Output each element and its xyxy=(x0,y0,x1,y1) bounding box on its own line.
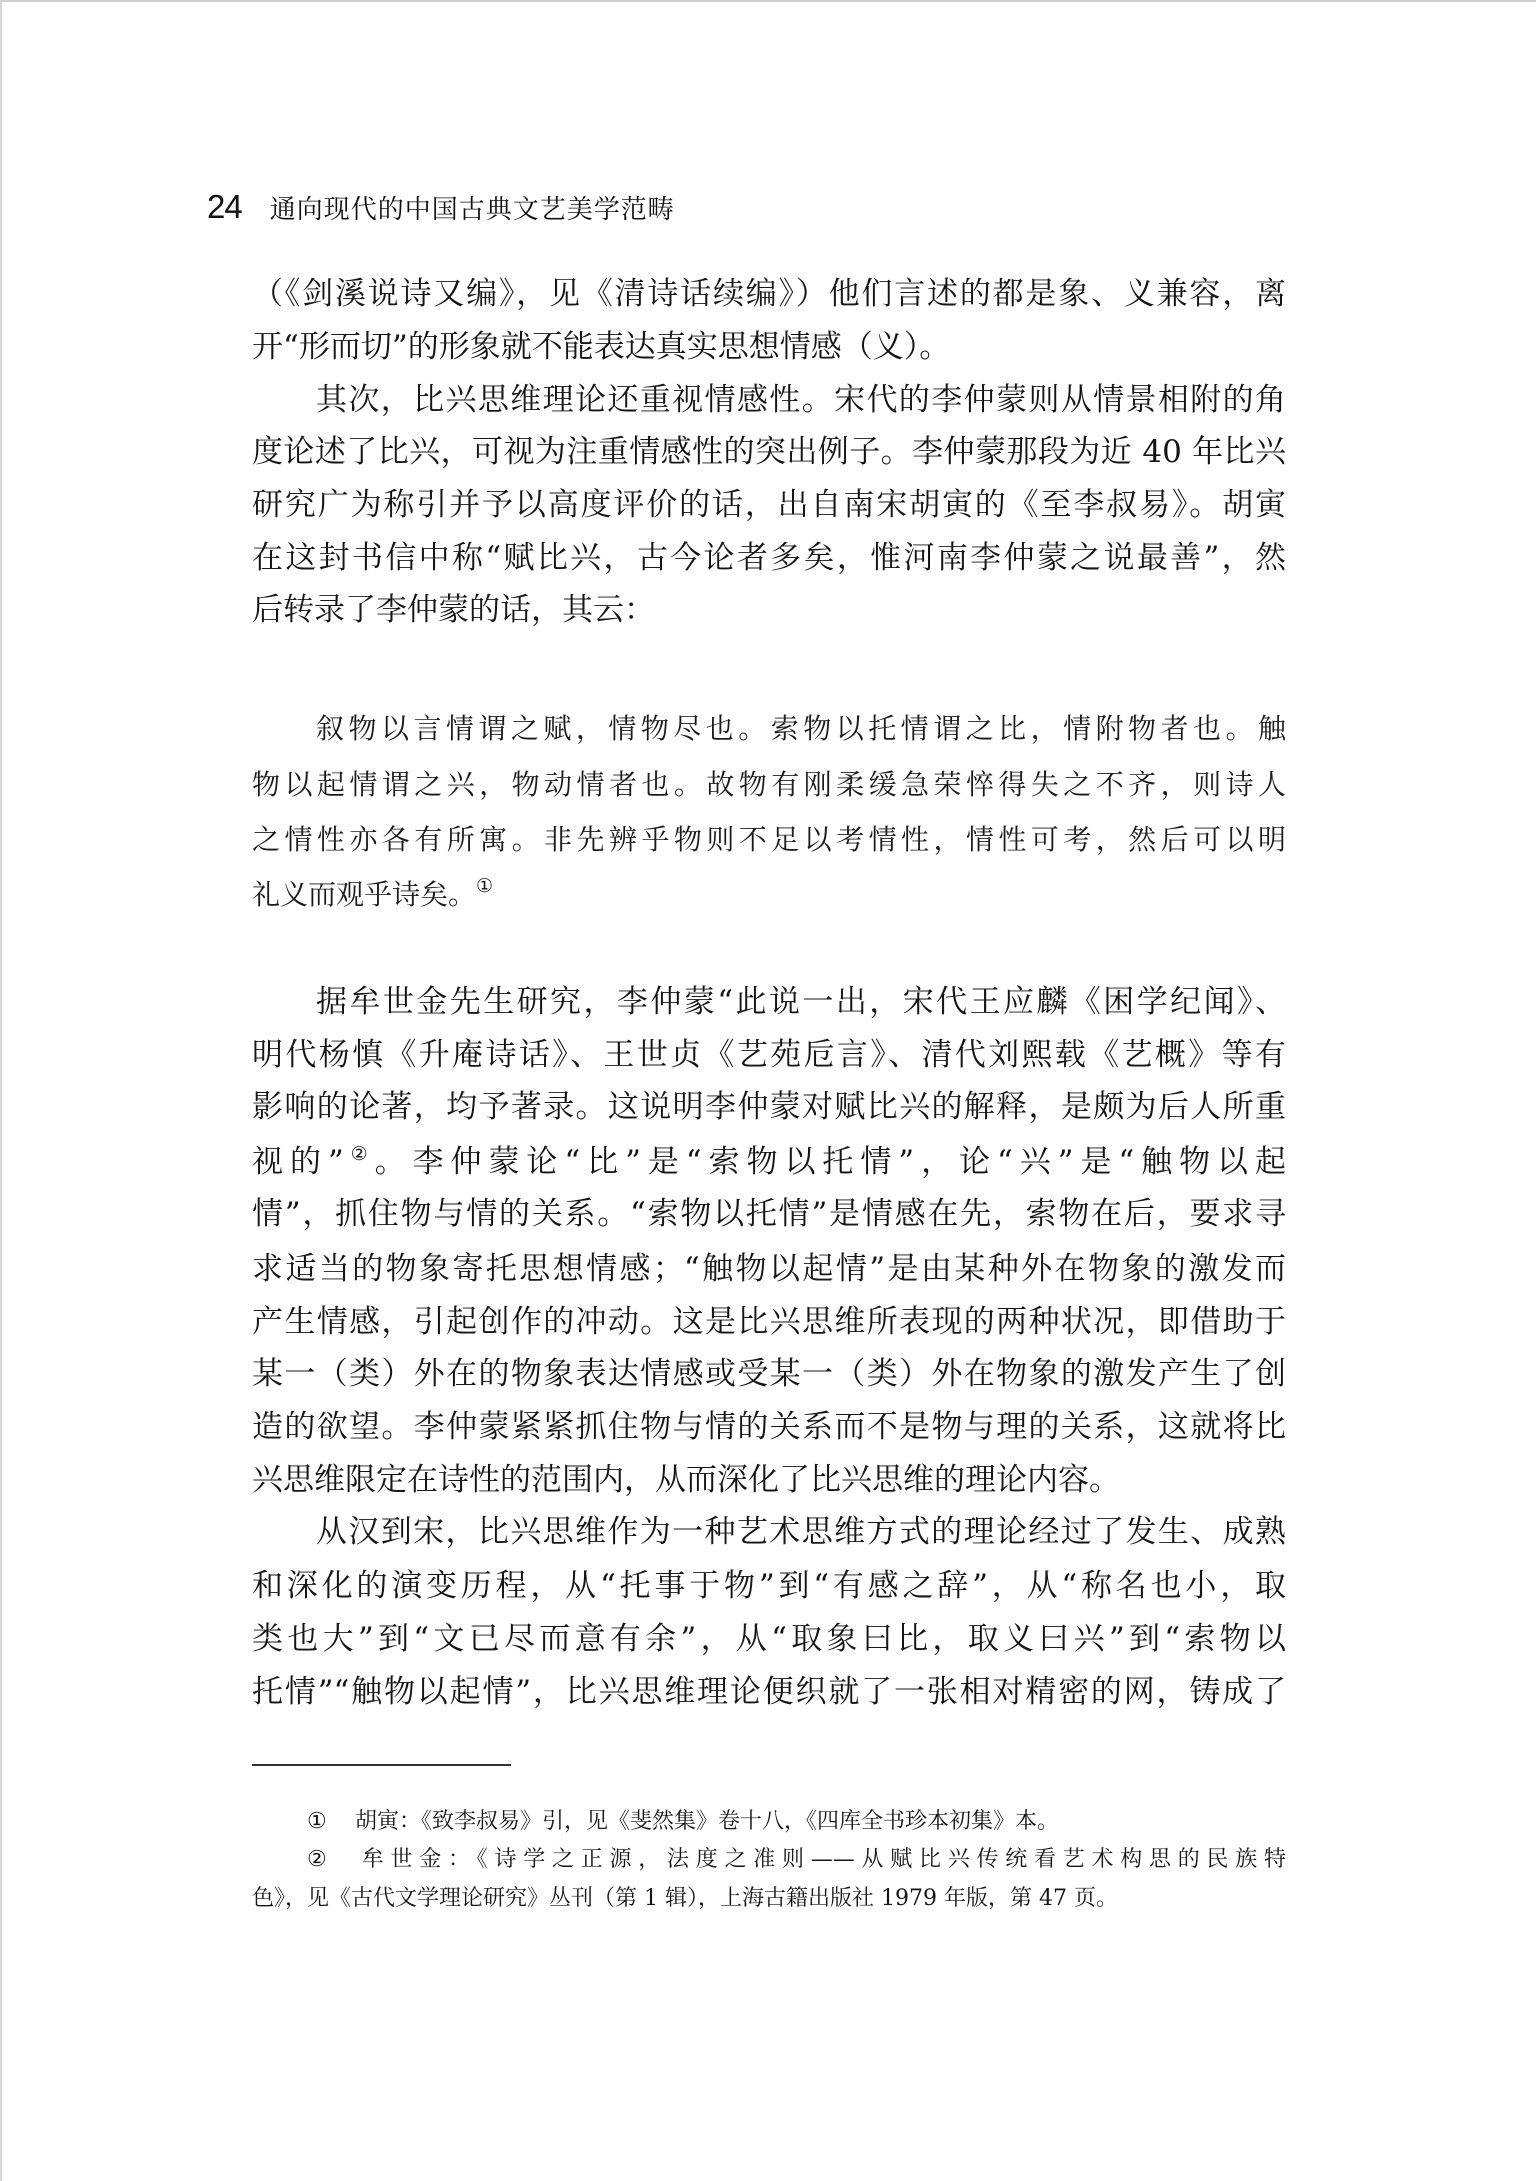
body-line: 其次，比兴思维理论还重视情感性。宋代的李仲蒙则从情景相附的角 xyxy=(252,380,1286,420)
quote-line: 叙物以言情谓之赋，情物尽也。索物以托情谓之比，情附物者也。触 xyxy=(252,709,1286,749)
footnote-divider xyxy=(252,1764,511,1766)
running-title: 通向现代的中国古典文艺美学范畴 xyxy=(270,189,675,226)
quote-line: 物以起情谓之兴，物动情者也。故物有刚柔缓急荣悴得失之不齐，则诗人 xyxy=(252,765,1286,805)
body-text: 视的” xyxy=(252,1144,344,1180)
footnote-2: ②牟世金：《诗学之正源，法度之准则——从赋比兴传统看艺术构思的民族特 xyxy=(252,1845,1286,1875)
body-line: 视的”②。李仲蒙论“比”是“索物以托情”，论“兴”是“触物以起 xyxy=(252,1142,1286,1182)
body-line: 造的欲望。李仲蒙紧紧抓住物与情的关系而不是物与理的关系，这就将比 xyxy=(252,1407,1286,1447)
book-page: 24 通向现代的中国古典文艺美学范畴 （《剑溪说诗又编》，见《清诗话续编》）他们… xyxy=(0,0,1536,2181)
body-line: 求适当的物象寄托思想情感；“触物以起情”是由某种外在物象的激发而 xyxy=(252,1249,1286,1289)
body-line: 类也大”到“文已尽而意有余”，从“取象曰比，取义曰兴”到“索物以 xyxy=(252,1619,1286,1659)
quote-line: 礼义而观乎诗矣。① xyxy=(252,875,1286,915)
body-line: 研究广为称引并予以高度评价的话，出自南宋胡寅的《至李叔易》。胡寅 xyxy=(252,485,1286,525)
footnote-mark: ① xyxy=(307,1807,355,1837)
quote-text: 礼义而观乎诗矣。 xyxy=(252,878,476,911)
footnote-ref-1[interactable]: ① xyxy=(476,875,493,897)
body-line: 和深化的演变历程，从“托事于物”到“有感之辞”，从“称名也小，取 xyxy=(252,1566,1286,1606)
body-line: 明代杨慎《升庵诗话》、王世贞《艺苑卮言》、清代刘熙载《艺概》等有 xyxy=(252,1035,1286,1075)
footnote-text: 牟世金：《诗学之正源，法度之准则——从赋比兴传统看艺术构思的民族特 xyxy=(355,1847,1286,1872)
body-line: 兴思维限定在诗性的范围内，从而深化了比兴思维的理论内容。 xyxy=(252,1460,1286,1500)
body-line: 度论述了比兴，可视为注重情感性的突出例子。李仲蒙那段为近 40 年比兴 xyxy=(252,432,1286,472)
footnote-mark: ② xyxy=(307,1845,355,1875)
body-line: 影响的论著，均予著录。这说明李仲蒙对赋比兴的解释，是颇为后人所重 xyxy=(252,1087,1286,1127)
body-line: 在这封书信中称“赋比兴，古今论者多矣，惟河南李仲蒙之说最善”，然 xyxy=(252,538,1286,578)
body-line: 产生情感，引起创作的冲动。这是比兴思维所表现的两种状况，即借助于 xyxy=(252,1302,1286,1342)
body-line: 情”，抓住物与情的关系。“索物以托情”是情感在先，索物在后，要求寻 xyxy=(252,1194,1286,1234)
body-text: 。李仲蒙论“比”是“索物以托情”，论“兴”是“触物以起 xyxy=(375,1144,1286,1180)
body-line: （《剑溪说诗又编》，见《清诗话续编》）他们言述的都是象、义兼容，离 xyxy=(252,274,1286,314)
body-line: 某一（类）外在的物象表达情感或受某一（类）外在物象的激发产生了创 xyxy=(252,1354,1286,1394)
body-line: 开“形而切”的形象就不能表达真实思想情感（义）。 xyxy=(252,327,1286,367)
body-line: 后转录了李仲蒙的话，其云： xyxy=(252,590,1286,630)
body-line: 据牟世金先生研究，李仲蒙“此说一出，宋代王应麟《困学纪闻》、 xyxy=(252,982,1286,1022)
quote-line: 之情性亦各有所寓。非先辨乎物则不足以考情性，情性可考，然后可以明 xyxy=(252,820,1286,860)
footnote-ref-2[interactable]: ② xyxy=(344,1143,375,1165)
footnote-2-cont: 色》，见《古代文学理论研究》丛刊（第 1 辑），上海古籍出版社 1979 年版，… xyxy=(252,1884,1286,1914)
page-number: 24 xyxy=(207,188,242,226)
body-line: 托情”“触物以起情”，比兴思维理论便织就了一张相对精密的网，铸成了 xyxy=(252,1672,1286,1712)
body-line: 从汉到宋，比兴思维作为一种艺术思维方式的理论经过了发生、成熟 xyxy=(252,1512,1286,1552)
footnote-text: 胡寅：《致李叔易》引，见《斐然集》卷十八，《四库全书珍本初集》本。 xyxy=(355,1809,1059,1834)
running-header: 24 通向现代的中国古典文艺美学范畴 xyxy=(207,188,675,224)
footnote-1: ①胡寅：《致李叔易》引，见《斐然集》卷十八，《四库全书珍本初集》本。 xyxy=(252,1807,1286,1837)
